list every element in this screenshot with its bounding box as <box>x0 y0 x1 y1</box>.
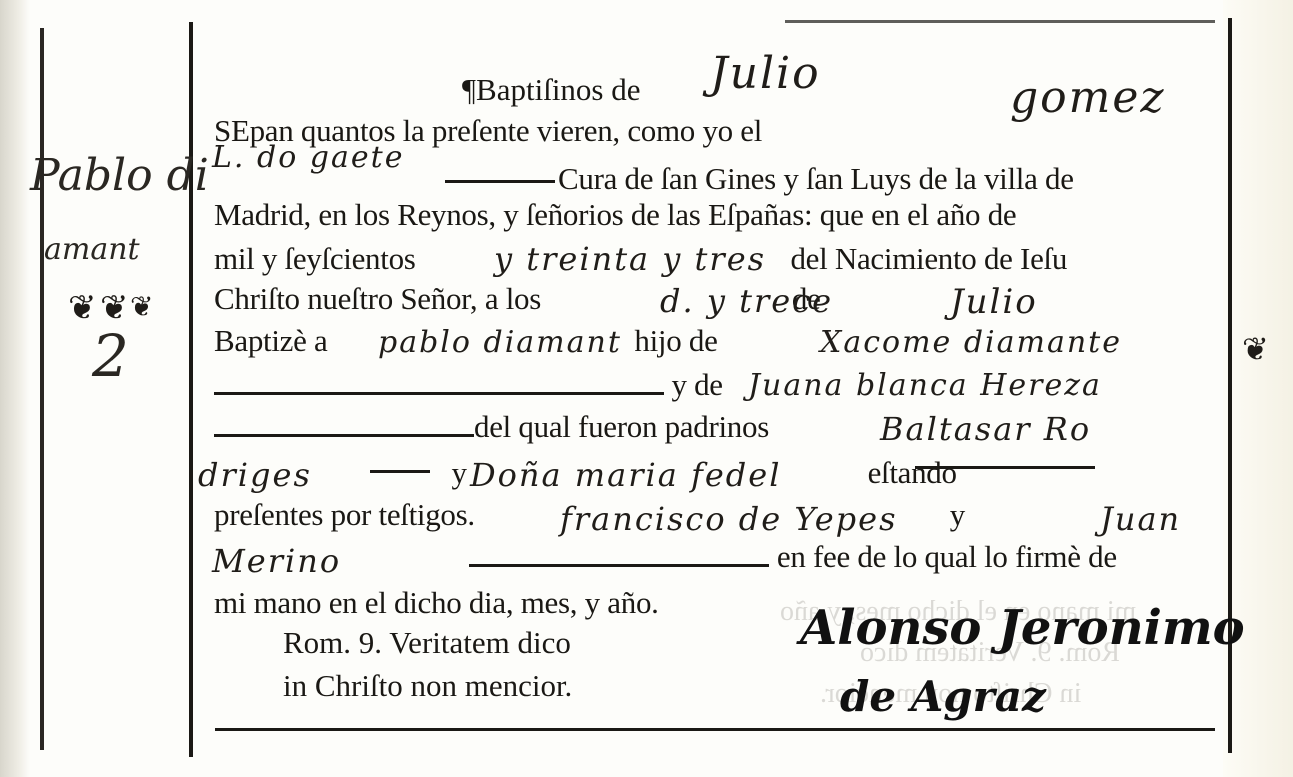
handwritten-year: y treinta y tres <box>494 240 766 278</box>
handwritten-child-name: pablo diamant <box>378 325 622 360</box>
bottom-frame-rule <box>215 728 1215 731</box>
left-margin-inner-rule <box>189 22 193 757</box>
page-left-shadow <box>0 0 30 777</box>
margin-name-line-1: Pablo di <box>30 150 209 201</box>
handwritten-father-name: Xacome diamante <box>820 325 1122 360</box>
heading: ¶Baptiſinos de <box>462 72 641 108</box>
blank-line-godmother <box>915 466 1095 469</box>
blank-line-godfather <box>370 470 430 473</box>
signature-line-2: de Agraz <box>840 672 1046 721</box>
motto-line-2: in Chriſto non mencior. <box>283 668 572 704</box>
margin-entry-number: 2 <box>92 322 129 390</box>
handwritten-witness-2-first: Juan <box>1100 500 1181 538</box>
handwritten-day: d. y trece <box>660 282 833 320</box>
handwritten-godfather-surname: driges <box>198 456 312 494</box>
margin-name-line-2: amant <box>44 232 140 267</box>
blank-line <box>214 412 474 437</box>
signature-line-1: Alonso Jeronimo <box>800 600 1245 656</box>
right-margin-ornament-icon: ❦ <box>1242 330 1269 368</box>
heading-printed: ¶Baptiſinos de <box>462 72 641 107</box>
blank-line <box>214 370 664 395</box>
left-margin-outer-rule <box>40 28 44 750</box>
handwritten-godmother-name: Doña maria fedel <box>470 456 781 494</box>
margin-ornament-icon-3: ❦ <box>130 290 153 324</box>
body-line-8: del qual fueron padrinos <box>214 408 769 447</box>
blank-line <box>469 542 769 567</box>
page-right-shadow <box>1223 0 1293 777</box>
top-right-handwritten: gomez <box>1010 72 1166 123</box>
body-line-7: y de <box>214 366 723 405</box>
handwritten-witness-1: francisco de Yepes <box>560 500 897 538</box>
top-frame-rule <box>785 20 1215 23</box>
body-line-12: mi mano en el dicho dia, mes, y año. <box>214 584 659 623</box>
handwritten-godfather-name: Baltasar Ro <box>880 410 1091 448</box>
body-line-3: Madrid, en los Reynos, y ſeñorios de las… <box>214 196 1016 235</box>
heading-month-handwritten: Julio <box>710 48 821 99</box>
handwritten-mother-name: Juana blanca Hereza <box>748 368 1102 403</box>
handwritten-witness-2-surname: Merino <box>212 542 341 580</box>
handwritten-month: Julio <box>950 282 1038 322</box>
motto-line-1: Rom. 9. Veritatem dico <box>283 625 571 661</box>
body-line-11: en fee de lo qual lo firmè de <box>214 538 1117 577</box>
blank-line-cura <box>445 180 555 183</box>
margin-ornament-icon: ❦ <box>68 288 93 328</box>
handwritten-priest-name: L. do gaete <box>212 140 404 175</box>
